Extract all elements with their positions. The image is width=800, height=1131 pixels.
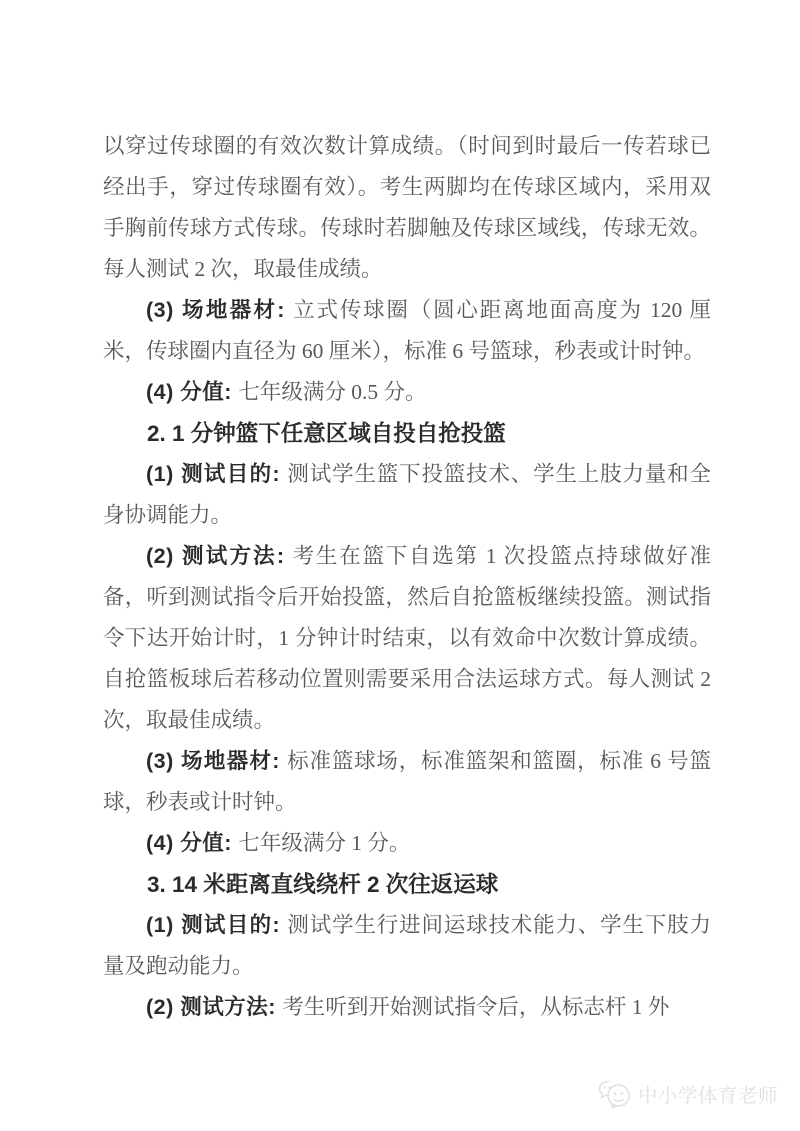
paragraph-label: (4) 分值: — [146, 831, 238, 855]
document-content: 以穿过传球圈的有效次数计算成绩。（时间到时最后一传若球已经出手，穿过传球圈有效）… — [103, 126, 711, 1028]
paragraph: (3) 场地器材: 标准篮球场，标准篮架和篮圈，标准 6 号篮球，秒表或计时钟。 — [103, 741, 711, 823]
paragraph-label: (3) 场地器材: — [146, 749, 287, 773]
paragraph: (2) 测试方法: 考生听到开始测试指令后，从标志杆 1 外 — [103, 987, 711, 1028]
paragraph: (2) 测试方法: 考生在篮下自选第 1 次投篮点持球做好准备，听到测试指令后开… — [103, 536, 711, 741]
wechat-icon — [598, 1079, 631, 1109]
section-heading: 3. 14 米距离直线绕杆 2 次往返运球 — [103, 864, 711, 905]
paragraph: (1) 测试目的: 测试学生行进间运球技术能力、学生下肢力量及跑动能力。 — [103, 905, 711, 987]
paragraph-label: (1) 测试目的: — [146, 913, 287, 937]
paragraph: (1) 测试目的: 测试学生篮下投篮技术、学生上肢力量和全身协调能力。 — [103, 454, 711, 536]
paragraph-label: (1) 测试目的: — [146, 462, 287, 486]
section-heading: 2. 1 分钟篮下任意区域自投自抢投篮 — [103, 413, 711, 454]
paragraph: (3) 场地器材: 立式传球圈（圆心距离地面高度为 120 厘米，传球圈内直径为… — [103, 290, 711, 372]
paragraph-label: (2) 测试方法: — [146, 995, 282, 1019]
paragraph-label: (3) 场地器材: — [146, 298, 293, 322]
document-page: 以穿过传球圈的有效次数计算成绩。（时间到时最后一传若球已经出手，穿过传球圈有效）… — [0, 0, 800, 1131]
paragraph-label: (2) 测试方法: — [146, 544, 293, 568]
paragraph: (4) 分值: 七年级满分 0.5 分。 — [103, 372, 711, 413]
paragraph: 以穿过传球圈的有效次数计算成绩。（时间到时最后一传若球已经出手，穿过传球圈有效）… — [103, 126, 711, 290]
paragraph: (4) 分值: 七年级满分 1 分。 — [103, 823, 711, 864]
watermark-text: 中小学体育老师 — [638, 1080, 778, 1108]
watermark: 中小学体育老师 — [598, 1079, 778, 1109]
paragraph-label: (4) 分值: — [146, 380, 238, 404]
